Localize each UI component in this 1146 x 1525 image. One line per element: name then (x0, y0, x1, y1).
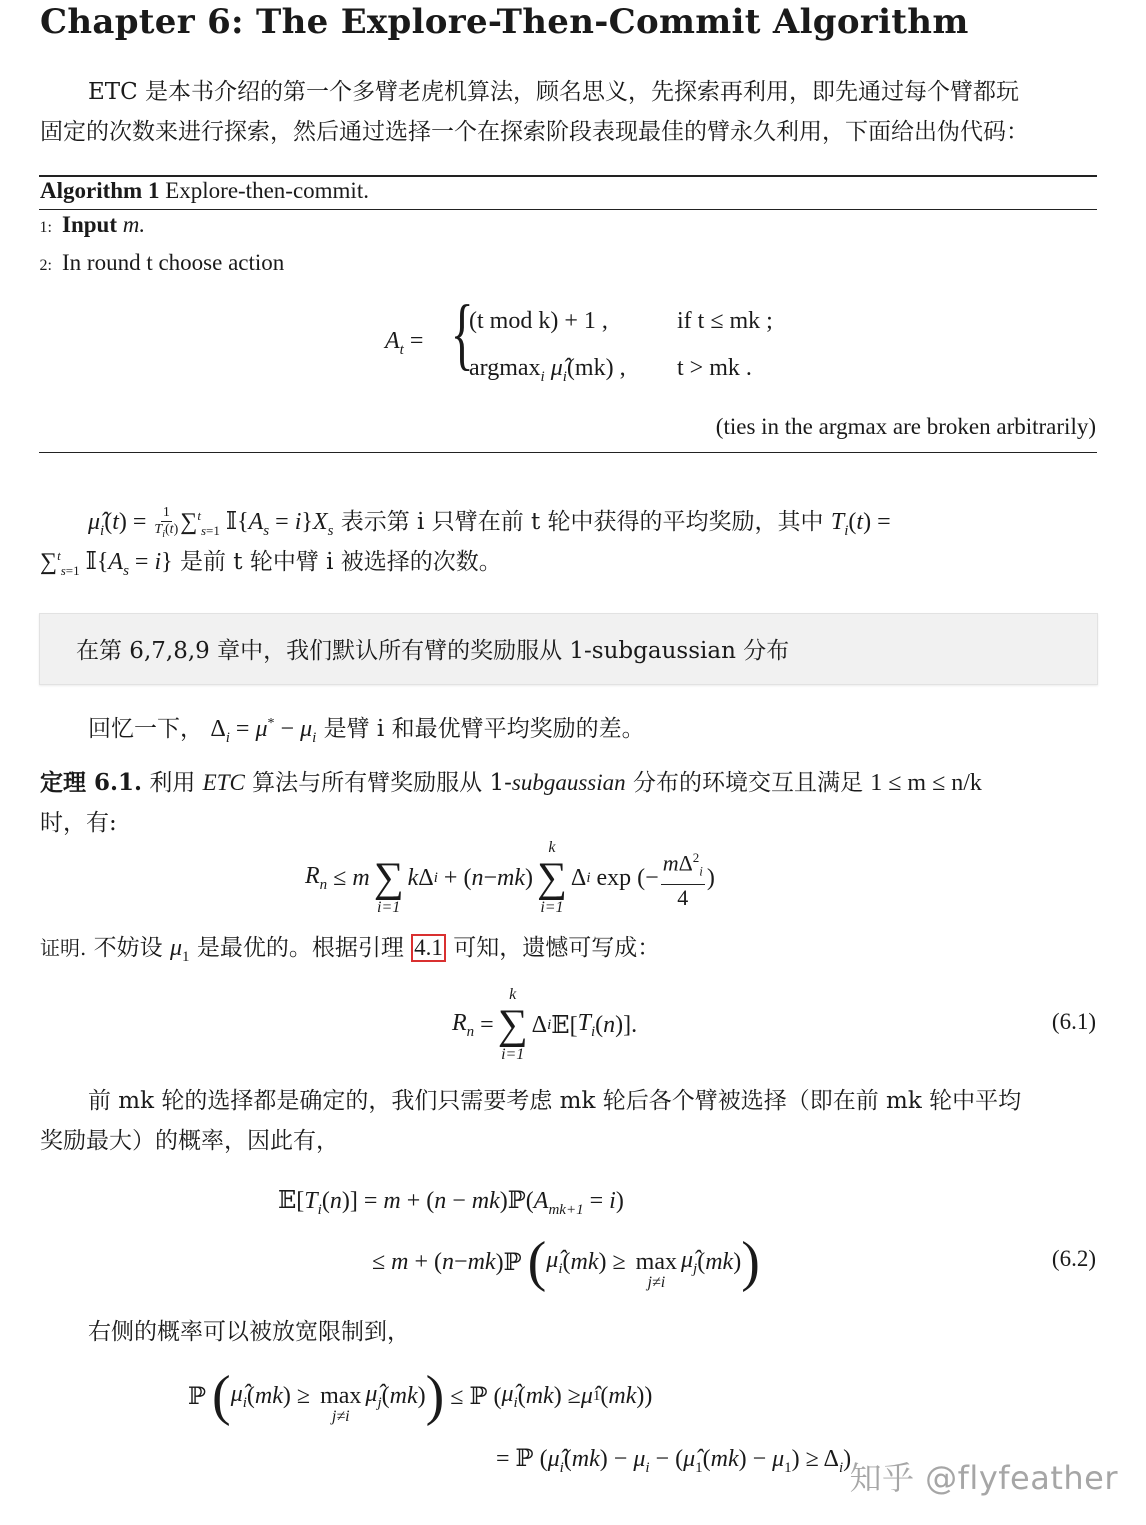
case-1-expr: (t mod k) + 1 , (469, 308, 608, 335)
algorithm-caption: Algorithm 1 Explore-then-commit. (40, 178, 369, 204)
eq-lhs: A (385, 328, 400, 354)
intro-paragraph: ETC 是本书介绍的第一个多臂老虎机算法，顾名思义，先探索再利用，即先通过每个臂… (40, 72, 1100, 152)
algorithm-top-rule (39, 175, 1097, 177)
probability-bound-line-2: = ℙ (μ̂i(mk) − μi − (μ̂1(mk) − μ1) ≥ Δi) (496, 1444, 851, 1477)
zhihu-watermark: 知乎 @flyfeather (849, 1453, 1118, 1499)
step-text: m. (123, 212, 145, 237)
eq-lhs-sub: t (400, 342, 404, 358)
bound-paragraph: 右侧的概率可以被放宽限制到， (88, 1312, 410, 1352)
equation-number-6-2: (6.2) (1052, 1246, 1096, 1272)
theorem-statement: 定理 6.1. 利用 ETC 算法与所有臂奖励服从 1-subgaussian … (40, 763, 1100, 803)
delta-def: Δi = μ* − μi (210, 716, 316, 742)
theorem-subgaussian: subgaussian (512, 770, 626, 795)
Ti-def-rhs: ∑ts=1 𝕀{As = i} (40, 549, 173, 575)
sum-symbol: ∑i=1 (374, 839, 404, 917)
recall-suffix: 是臂 i 和最优臂平均奖励的差。 (324, 716, 645, 742)
mu-1: μ1 (170, 935, 190, 961)
step-number: 2: (20, 257, 52, 275)
proof-line: 证明. 不妨设 μ1 是最优的。根据引理 4.1 可知，遗憾可写成： (40, 928, 660, 977)
case-1-cond: if t ≤ mk ; (677, 308, 773, 335)
algorithm-mid-rule (39, 209, 1097, 210)
case-2-tail: (mk) , (567, 355, 626, 381)
definition-text-1: 表示第 i 只臂在前 t 轮中获得的平均奖励，其中 (341, 509, 824, 535)
note-box-text: 在第 6,7,8,9 章中，我们默认所有臂的奖励服从 1-subgaussian… (76, 632, 789, 665)
Ti-def-lhs: Ti(t) = (831, 509, 891, 535)
algorithm-bottom-rule (39, 452, 1097, 453)
proof-text-3: 可知，遗憾可写成： (453, 935, 660, 961)
step-keyword: Input (62, 212, 117, 237)
proof-text-2: 是最优的。根据引理 (197, 935, 404, 961)
equation-number-6-1: (6.1) (1052, 1009, 1096, 1035)
theorem-condition: 1 ≤ m ≤ n/k (870, 770, 982, 796)
mu-hat-def: μ̂i(t) = 1Ti(t)∑ts=1 𝕀{As = i}Xs (88, 509, 333, 535)
theorem-label: 定理 6.1. (40, 769, 142, 796)
chapter-title: Chapter 6: The Explore-Then-Commit Algor… (40, 2, 969, 42)
equation-6-2-line-1: 𝔼[Ti(n)] = m + (n − mk)ℙ(Amk+1 = i) (278, 1186, 624, 1219)
algorithm-step-2: 2:In round t choose action (20, 250, 284, 276)
ties-note: (ties in the argmax are broken arbitrari… (716, 414, 1096, 440)
equation-6-2-line-2: ≤ m + (n − mk)ℙ ( μ̂i(mk) ≥ maxj≠i μ̂j(m… (372, 1232, 760, 1292)
definition-text-2: 是前 t 轮中臂 i 被选择的次数。 (180, 549, 502, 575)
note-box: 在第 6,7,8,9 章中，我们默认所有臂的奖励服从 1-subgaussian… (39, 613, 1098, 685)
recall-prefix: 回忆一下， (88, 716, 203, 742)
mu-hat: μ̂ (545, 355, 563, 381)
theorem-text-2: 算法与所有臂奖励服从 1- (252, 770, 512, 796)
theorem-line-2: 时，有: (40, 803, 117, 843)
mk-line-2: 奖励最大）的概率，因此有， (40, 1121, 1100, 1161)
lemma-reference-link[interactable]: 4.1 (411, 934, 446, 962)
intro-line-1: ETC 是本书介绍的第一个多臂老虎机算法，顾名思义，先探索再利用，即先通过每个臂… (40, 72, 1100, 112)
probability-bound-line-1: ℙ ( μ̂i(mk) ≥ maxj≠i μ̂j(mk)) ≤ ℙ (μ̂i(m… (188, 1366, 652, 1426)
theorem-text-1: 利用 (149, 770, 195, 796)
case-2-cond: t > mk . (677, 355, 752, 382)
definition-line-2: ∑ts=1 𝕀{As = i} 是前 t 轮中臂 i 被选择的次数。 (40, 536, 1100, 591)
regret-bound-equation: Rn ≤ m ∑i=1 kΔi + (n − mk) k∑i=1 Δi exp … (305, 838, 715, 918)
argmax-text: argmax (469, 355, 541, 381)
sum-symbol: k∑i=1 (498, 986, 528, 1064)
proof-label: 证明. (40, 936, 86, 960)
step-text: In round t choose action (62, 250, 284, 275)
sum-symbol: k∑i=1 (537, 839, 567, 917)
case-2-expr: argmaxi μ̂i(mk) , (469, 355, 626, 386)
theorem-etc: ETC (203, 770, 245, 795)
step-number: 1: (20, 219, 52, 237)
equation-6-1: Rn = k∑i=1 Δi𝔼[Ti(n)]. (452, 985, 637, 1065)
mk-paragraph: 前 mk 轮的选择都是确定的，我们只需要考虑 mk 轮后各个臂被选择（即在前 m… (40, 1081, 1100, 1161)
theorem-text-3: 分布的环境交互且满足 (633, 770, 863, 796)
algorithm-name: Explore-then-commit. (165, 178, 369, 203)
intro-line-2: 固定的次数来进行探索，然后通过选择一个在探索阶段表现最佳的臂永久利用，下面给出伪… (40, 112, 1100, 152)
algorithm-label: Algorithm 1 (40, 178, 159, 203)
algorithm-step-1: 1:Input m. (20, 212, 145, 238)
recall-line: 回忆一下， Δi = μ* − μi 是臂 i 和最优臂平均奖励的差。 (88, 704, 645, 758)
mk-line-1: 前 mk 轮的选择都是确定的，我们只需要考虑 mk 轮后各个臂被选择（即在前 m… (40, 1081, 1100, 1121)
proof-text-1: 不妨设 (94, 935, 163, 961)
